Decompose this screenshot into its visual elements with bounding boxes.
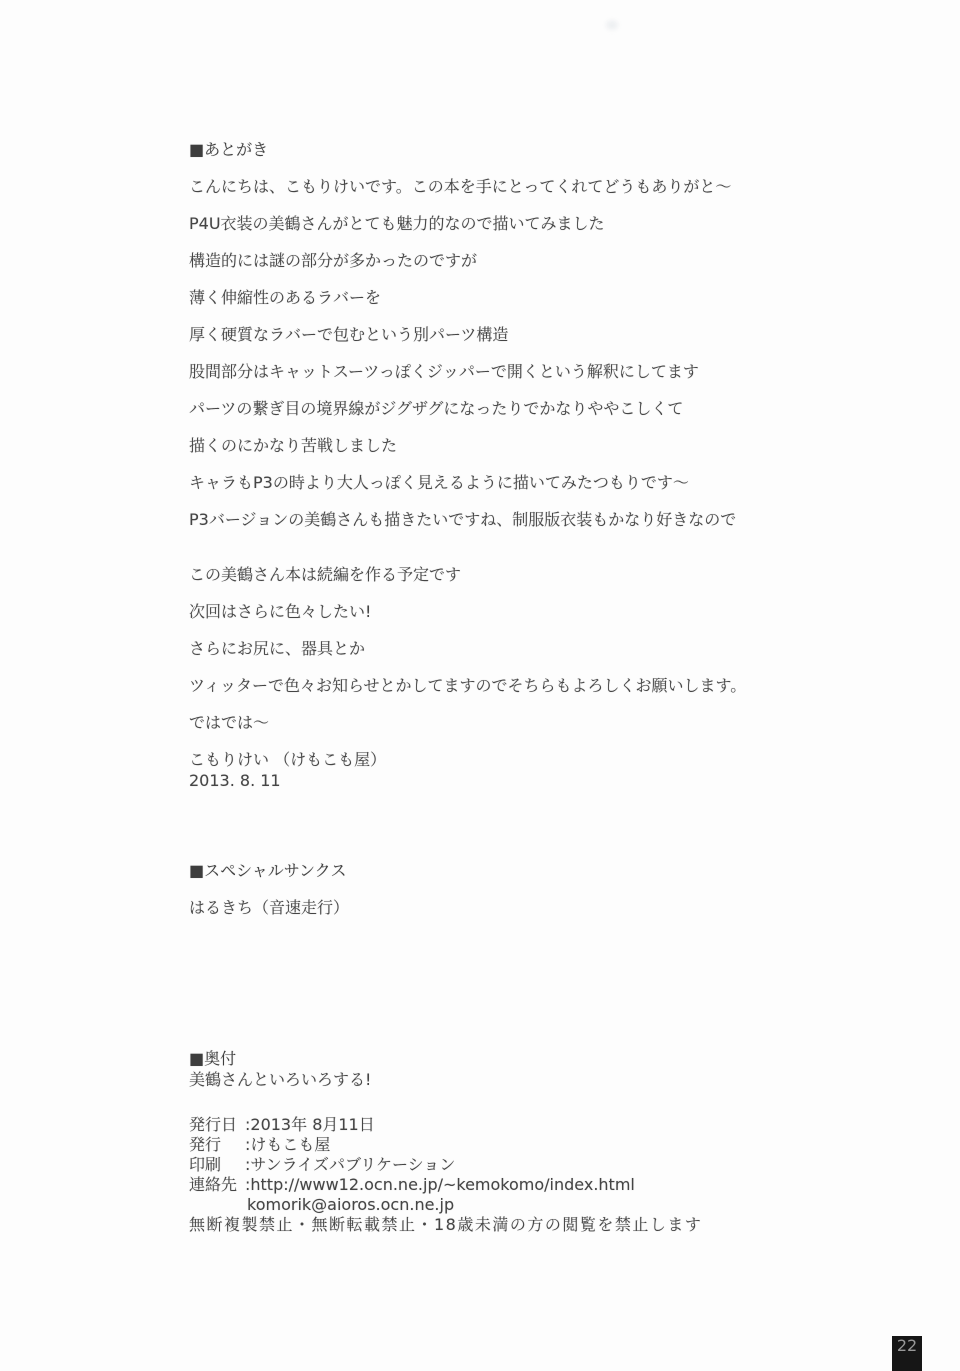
colophon-row-value: :2013年 8月11日 [245,1115,375,1135]
signature-line: こもりけい （けもこも屋） [189,751,849,769]
colophon-row-label-spacer [189,1195,247,1215]
plans-paragraph: さらにお尻に、器具とか [189,640,849,658]
afterword-paragraph: 構造的には謎の部分が多かったのですが [189,252,849,270]
colophon-row-value: :けもこも屋 [245,1135,330,1155]
book-title: 美鶴さんといろいろする! [189,1071,849,1089]
colophon-section: ■奥付 美鶴さんといろいろする! 発行日 :2013年 8月11日 発行 :けも… [189,1050,849,1235]
afterword-paragraph: 厚く硬質なラバーで包むという別パーツ構造 [189,326,849,344]
page-content: ■あとがき こんにちは、こもりけいです。この本を手にとってくれてどうもありがと～… [189,141,849,1254]
special-thanks-heading: ■スペシャルサンクス [189,862,849,880]
date-line: 2013. 8. 11 [189,772,849,790]
colophon-rows: 発行日 :2013年 8月11日 発行 :けもこも屋 印刷 :サンライズパブリケ… [189,1115,849,1235]
copyright-notice: 無断複製禁止・無断転載禁止・18歳未満の方の閲覧を禁止します [189,1215,849,1235]
colophon-heading: ■奥付 [189,1050,849,1068]
special-thanks-name: はるきち（音速走行） [189,899,849,917]
afterword-heading: ■あとがき [189,141,849,159]
scanned-page: ■あとがき こんにちは、こもりけいです。この本を手にとってくれてどうもありがと～… [0,0,960,1371]
colophon-row-value: :http://www12.ocn.ne.jp/~kemokomo/index.… [245,1175,635,1195]
afterword-paragraph: P3バージョンの美鶴さんも描きたいですね、制服版衣装もかなり好きなので [189,511,849,529]
afterword-paragraph: P4U衣装の美鶴さんがとても魅力的なので描いてみました [189,215,849,233]
colophon-row-label: 連絡先 [189,1175,245,1195]
afterword-paragraph: こんにちは、こもりけいです。この本を手にとってくれてどうもありがと～ [189,178,849,196]
page-number-badge: 22 [892,1336,922,1371]
plans-paragraph: 次回はさらに色々したい! [189,603,849,621]
colophon-row-label: 印刷 [189,1155,245,1175]
colophon-row: 印刷 :サンライズパブリケーション [189,1155,849,1175]
colophon-row-label: 発行 [189,1135,245,1155]
colophon-row-value: :サンライズパブリケーション [245,1155,455,1175]
colophon-row-label: 発行日 [189,1115,245,1135]
colophon-row: 連絡先 :http://www12.ocn.ne.jp/~kemokomo/in… [189,1175,849,1195]
twitter-note: ツィッターで色々お知らせとかしてますのでそちらもよろしくお願いします。 [189,677,849,695]
farewell-line: ではでは～ [189,714,849,732]
contact-email: komorik@aioros.ocn.ne.jp [247,1195,454,1215]
special-thanks-section: ■スペシャルサンクス はるきち（音速走行） [189,862,849,917]
page-number: 22 [897,1336,917,1355]
afterword-paragraph: 薄く伸縮性のあるラバーを [189,289,849,307]
afterword-paragraph: キャラもP3の時より大人っぽく見えるように描いてみたつもりです～ [189,474,849,492]
afterword-paragraph: 描くのにかなり苦戦しました [189,437,849,455]
afterword-paragraph: パーツの繋ぎ目の境界線がジグザグになったりでかなりややこしくて [189,400,849,418]
afterword-section: ■あとがき こんにちは、こもりけいです。この本を手にとってくれてどうもありがと～… [189,141,849,790]
colophon-row: 発行日 :2013年 8月11日 [189,1115,849,1135]
colophon-row: komorik@aioros.ocn.ne.jp [189,1195,849,1215]
plans-block: この美鶴さん本は続編を作る予定です 次回はさらに色々したい! さらにお尻に、器具… [189,566,849,658]
colophon-row: 発行 :けもこも屋 [189,1135,849,1155]
scan-artifact [606,20,618,30]
plans-paragraph: この美鶴さん本は続編を作る予定です [189,566,849,584]
afterword-paragraph: 股間部分はキャットスーツっぽくジッパーで開くという解釈にしてます [189,363,849,381]
